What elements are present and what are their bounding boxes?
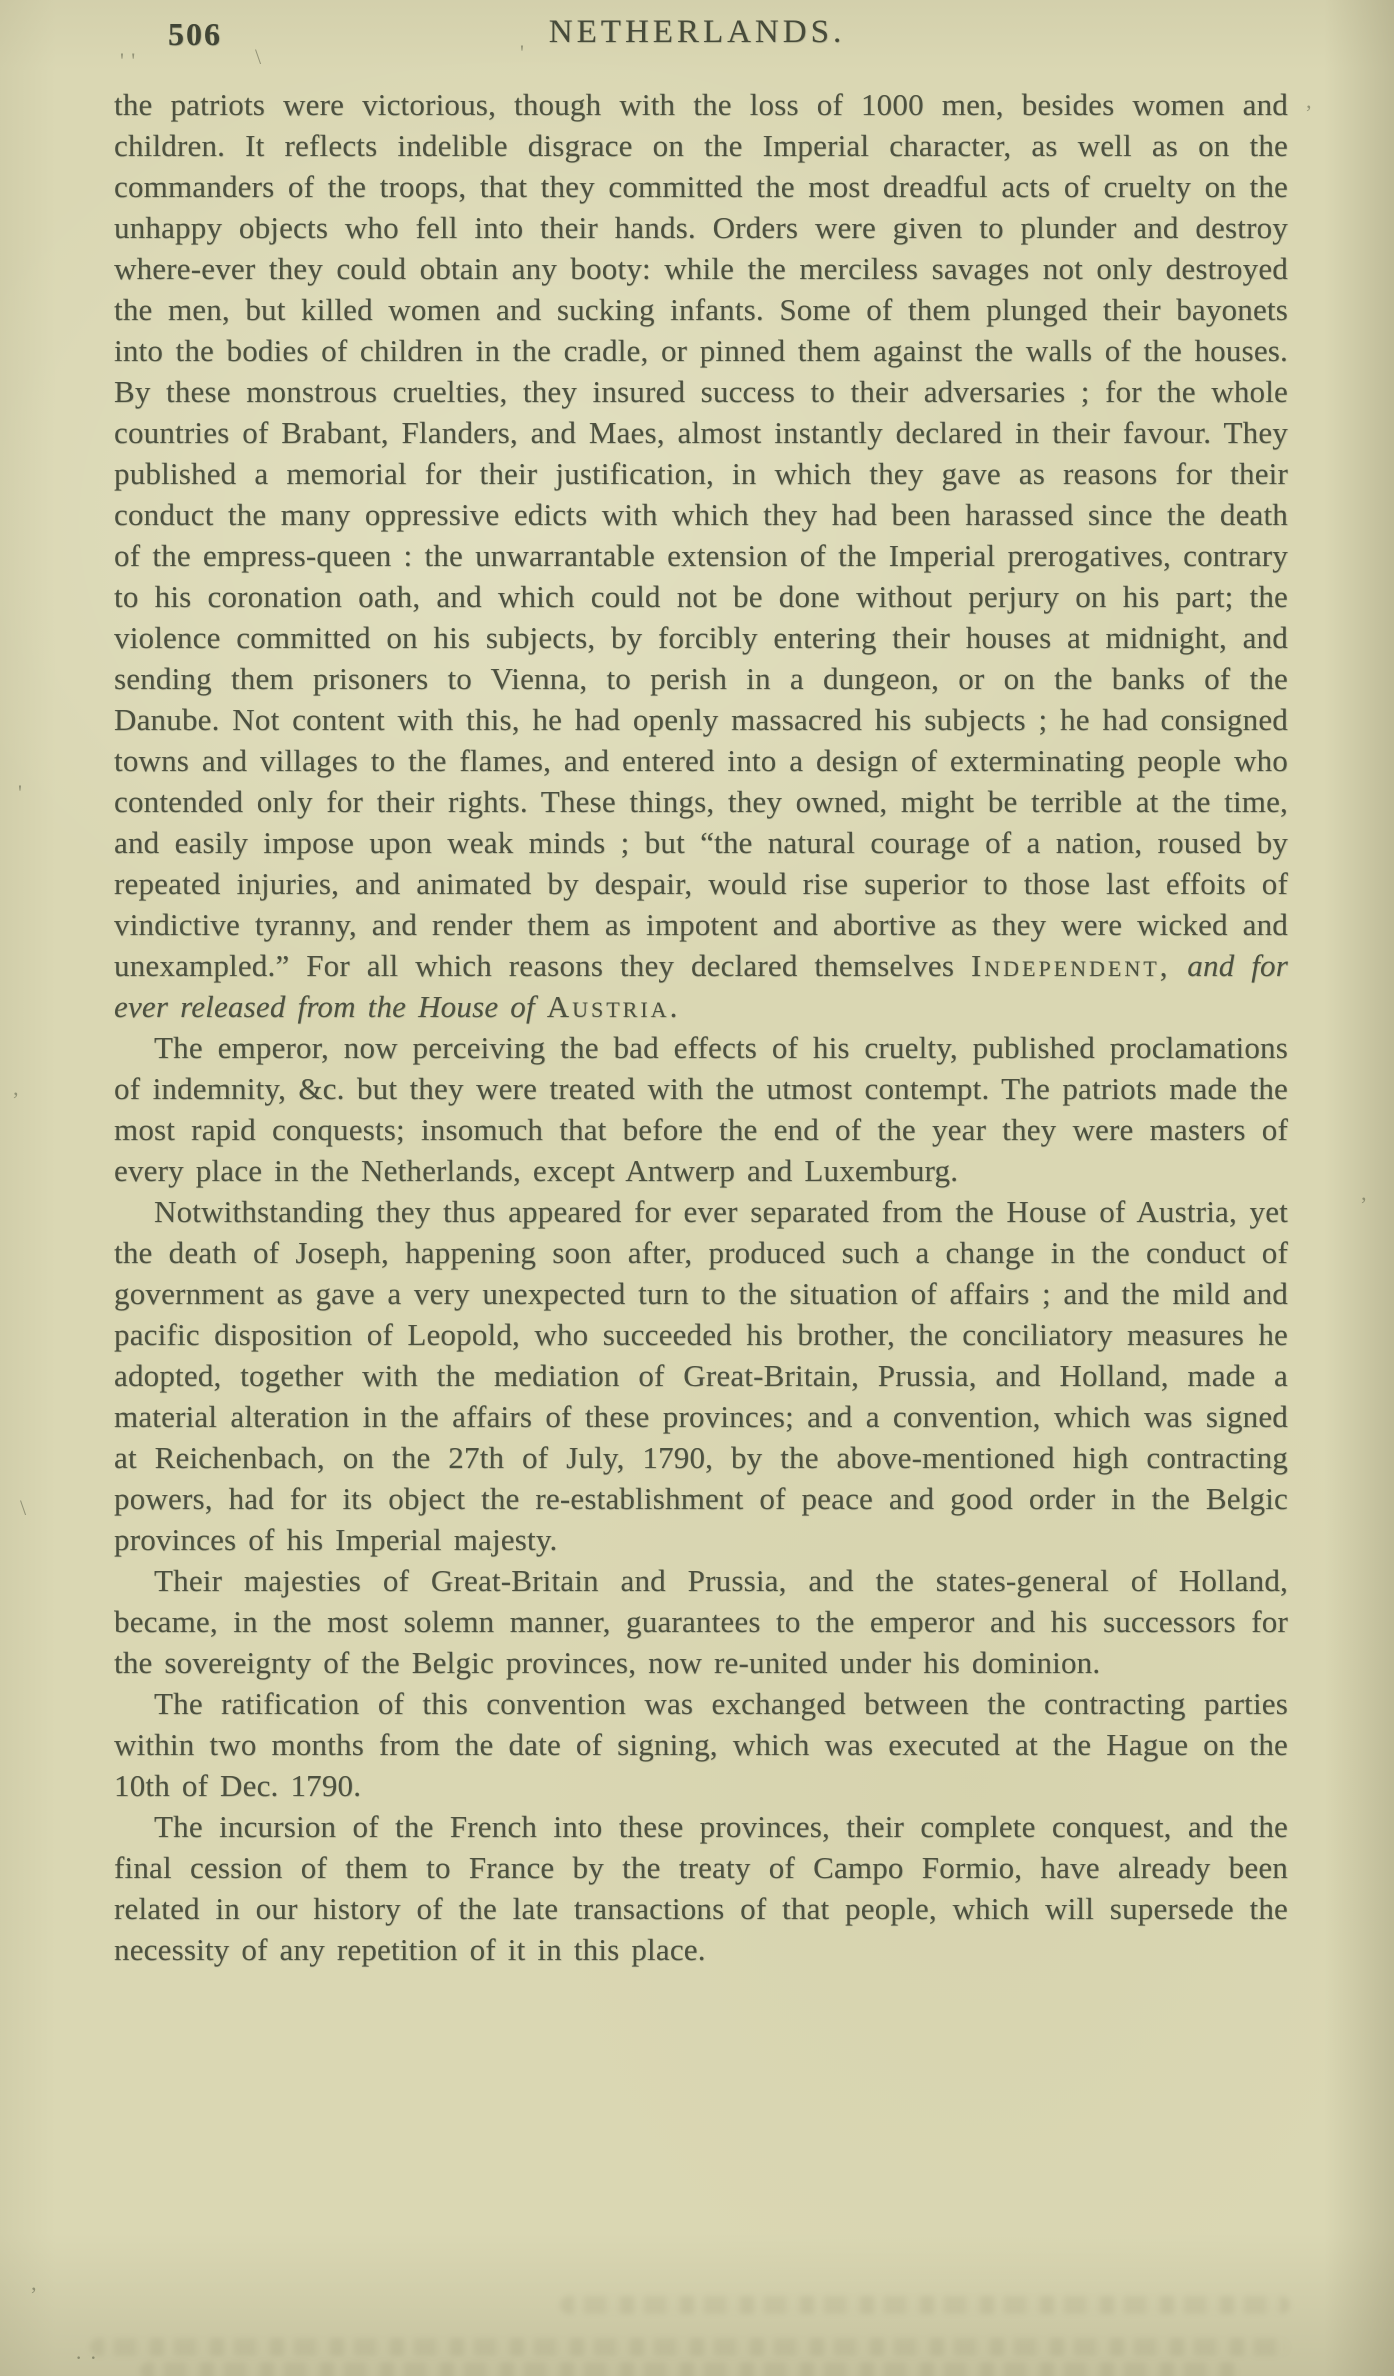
text-run: [535, 989, 547, 1024]
show-through-line: [90, 2338, 1290, 2356]
paragraph: Their majesties of Great-Britain and Pru…: [114, 1560, 1288, 1683]
text-run: Their majesties of Great-Britain and Pru…: [114, 1563, 1288, 1680]
text-run-smallcaps: Austria: [547, 989, 670, 1024]
paragraph: The incursion of the French into these p…: [114, 1806, 1288, 1970]
paragraph: the patriots were victorious, though wit…: [114, 84, 1288, 1027]
ink-speck: \: [20, 1495, 26, 1521]
text-run: The emperor, now perceiving the bad effe…: [114, 1030, 1288, 1188]
text-run: [1170, 948, 1187, 983]
ink-speck: ': [18, 780, 22, 806]
book-page: 506 NETHERLANDS. the patriots were victo…: [0, 0, 1394, 2376]
text-run: Notwithstanding they thus appeared for e…: [114, 1194, 1288, 1557]
show-through-line: [560, 2296, 1290, 2314]
text-run: The ratification of this convention was …: [114, 1686, 1288, 1803]
ink-speck: ‚: [12, 1075, 19, 1101]
page-header: 506 NETHERLANDS.: [0, 8, 1394, 58]
text-run: The incursion of the French into these p…: [114, 1809, 1288, 1967]
paragraph: Notwithstanding they thus appeared for e…: [114, 1191, 1288, 1560]
ink-speck: · ·: [75, 2345, 97, 2371]
text-run: the patriots were victorious, though wit…: [114, 87, 1288, 983]
text-run-smallcaps: Independent,: [971, 948, 1171, 983]
paragraph: The emperor, now perceiving the bad effe…: [114, 1027, 1288, 1191]
show-through-line: [140, 2362, 1240, 2376]
text-run: .: [670, 989, 678, 1024]
ink-speck: ‚: [1360, 1180, 1367, 1206]
ink-speck: ‚: [30, 2270, 37, 2296]
ink-speck: ‚: [1305, 88, 1312, 114]
body-text: the patriots were victorious, though wit…: [114, 84, 1288, 1970]
running-head: NETHERLANDS.: [0, 14, 1394, 51]
paragraph: The ratification of this convention was …: [114, 1683, 1288, 1806]
